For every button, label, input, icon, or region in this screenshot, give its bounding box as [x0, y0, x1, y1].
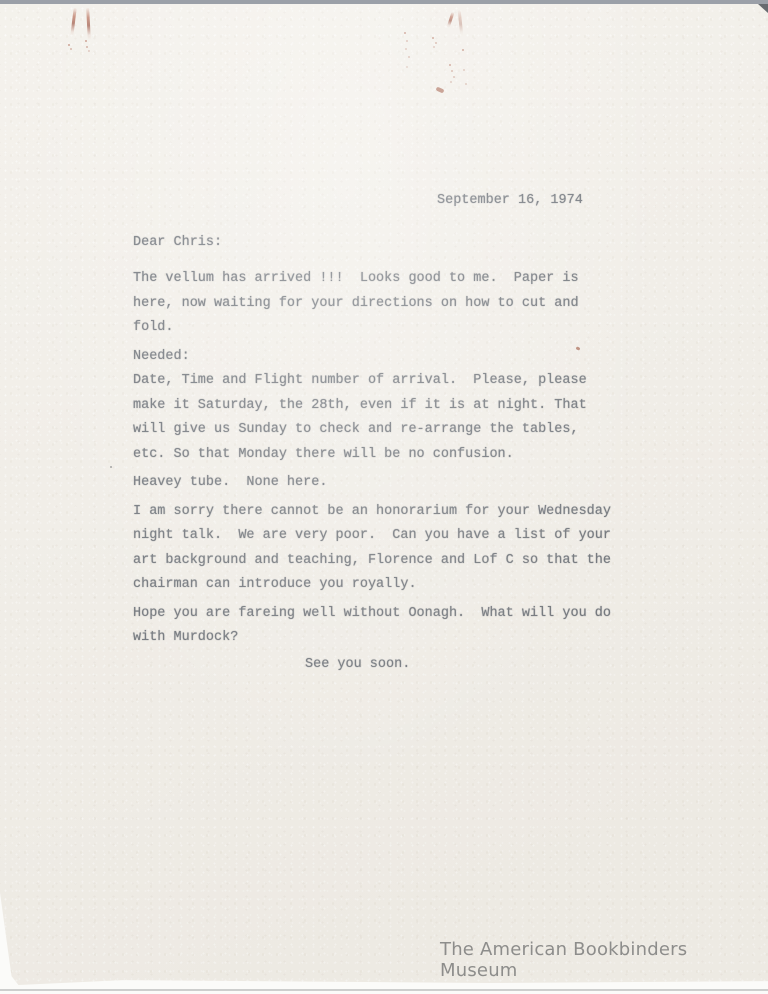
red-ink-mark — [436, 86, 445, 93]
red-ink-mark — [432, 37, 434, 39]
red-ink-mark — [462, 49, 464, 51]
letter-paragraph: Heavey tube. None here. — [133, 471, 653, 496]
red-ink-mark — [70, 8, 76, 36]
letter-line: make it Saturday, the 28th, even if it i… — [133, 394, 653, 419]
letter-line: will give us Sunday to check and re-arra… — [133, 418, 653, 443]
letter-line: here, now waiting for your directions on… — [133, 292, 653, 317]
letter-date: September 16, 1974 — [437, 189, 653, 214]
letter-paragraph: Needed:Date, Time and Flight number of a… — [133, 345, 653, 468]
red-ink-mark — [458, 10, 464, 36]
ink-speck — [110, 466, 112, 468]
letter-line: chairman can introduce you royally. — [133, 573, 653, 598]
letter-salutation: Dear Chris: — [133, 231, 653, 256]
letter-line: See you soon. — [305, 653, 653, 678]
red-ink-mark — [68, 44, 70, 46]
letter-line: art background and teaching, Florence an… — [133, 549, 653, 574]
red-ink-mark — [449, 64, 451, 66]
letter-line: Hope you are fareing well without Oonagh… — [133, 602, 653, 627]
letter-line: with Murdock? — [133, 626, 653, 651]
red-ink-mark — [404, 32, 406, 34]
red-ink-mark — [447, 12, 455, 28]
letter-line: I am sorry there cannot be an honorarium… — [133, 500, 653, 525]
letter-body: September 16, 1974 Dear Chris: The vellu… — [133, 189, 653, 681]
letter-paragraph: Hope you are fareing well without Oonagh… — [133, 602, 653, 651]
letter-line: Heavey tube. None here. — [133, 471, 653, 496]
letter-paragraph: See you soon. — [133, 653, 653, 678]
letter-line: fold. — [133, 316, 653, 341]
letter-line: Date, Time and Flight number of arrival.… — [133, 369, 653, 394]
torn-corner — [758, 4, 768, 13]
letter-paragraph: The vellum has arrived !!! Looks good to… — [133, 267, 653, 341]
red-ink-mark — [86, 8, 91, 40]
red-ink-mark — [85, 40, 87, 42]
letter-line: etc. So that Monday there will be no con… — [133, 443, 653, 468]
letter-line: The vellum has arrived !!! Looks good to… — [133, 267, 653, 292]
backing-sheet-edge — [0, 989, 768, 991]
letter-line: night talk. We are very poor. Can you ha… — [133, 524, 653, 549]
letter-paper: September 16, 1974 Dear Chris: The vellu… — [0, 4, 768, 985]
letter-paragraphs: The vellum has arrived !!! Looks good to… — [133, 267, 653, 677]
letter-line: Needed: — [133, 345, 653, 370]
watermark-text: The American Bookbinders Museum — [440, 939, 768, 981]
letter-paragraph: I am sorry there cannot be an honorarium… — [133, 500, 653, 598]
